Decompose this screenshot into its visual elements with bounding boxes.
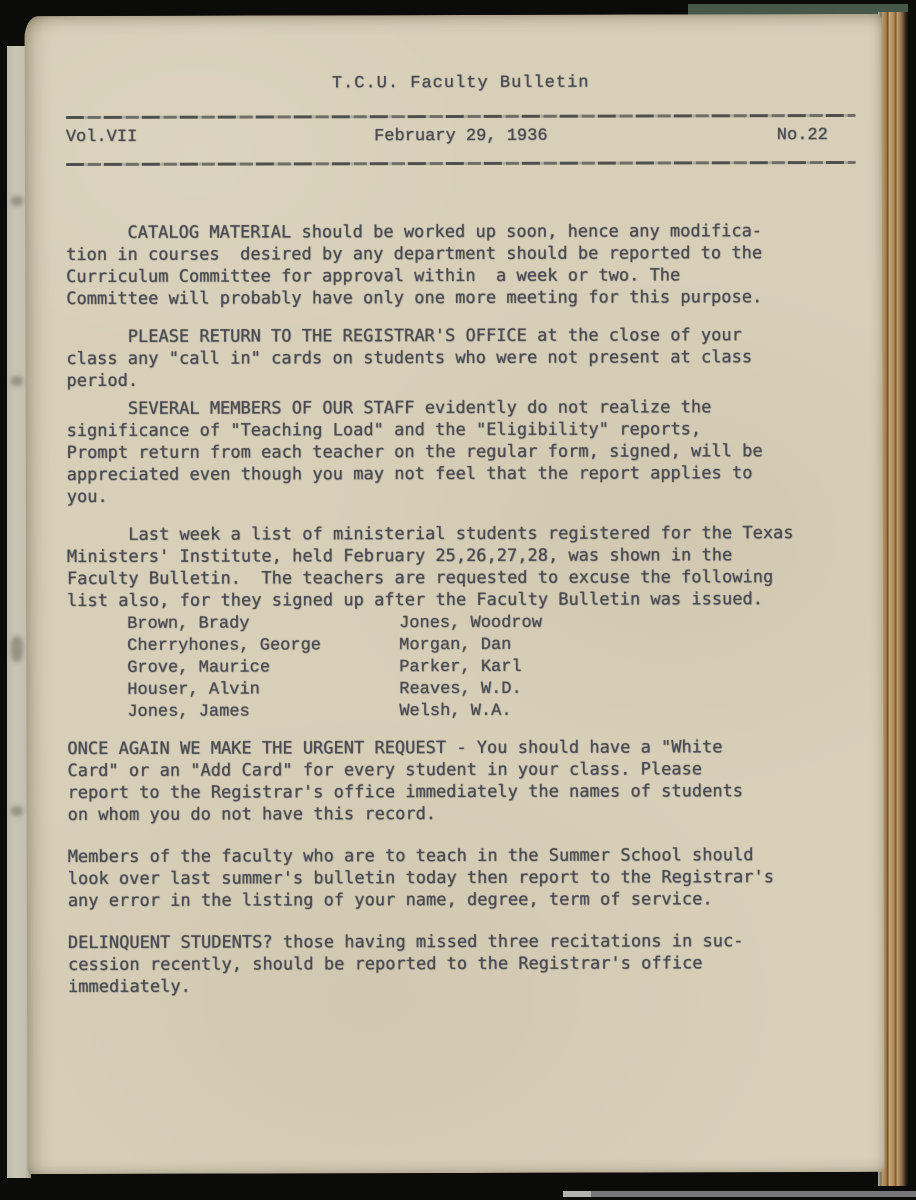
typed-rule-bottom [66,161,856,166]
paragraph-catalog-material: CATALOG MATERIAL should be worked up soo… [66,220,856,310]
student-name: Jones, James [127,701,399,724]
student-name: Houser, Alvin [127,679,399,702]
showthrough-smudge [11,376,23,386]
student-name: Grove, Maurice [127,657,399,680]
excused-student-row: Cherryhones, GeorgeMorgan, Dan [127,634,857,658]
student-name: Reaves, W.D. [399,680,521,699]
excused-student-row: Jones, JamesWelsh, W.A. [127,700,857,724]
page-title: T.C.U. Faculty Bulletin [66,72,856,96]
bulletin-body: CATALOG MATERIAL should be worked up soo… [66,220,858,998]
paragraph-registrar-cards: PLEASE RETURN TO THE REGISTRAR'S OFFICE … [66,324,856,392]
paragraph-staff-reports: SEVERAL MEMBERS OF OUR STAFF evidently d… [66,396,856,508]
paragraph-summer-school: Members of the faculty who are to teach … [68,844,858,912]
student-name: Cherryhones, George [127,635,399,658]
scanner-artifact-bar [563,1191,916,1197]
excused-students-list: Brown, BradyJones, WoodrowCherryhones, G… [127,612,857,724]
paragraph-urgent-request: ONCE AGAIN WE MAKE THE URGENT REQUEST - … [67,736,857,826]
student-name: Welsh, W.A. [399,702,511,721]
showthrough-smudge [11,636,23,662]
showthrough-smudge [11,196,23,206]
paragraph-delinquent-students: DELINQUENT STUDENTS? those having missed… [68,930,858,998]
student-name: Brown, Brady [127,613,399,636]
bulletin-page: T.C.U. Faculty Bulletin Vol.VII February… [24,14,884,1174]
issue-date: February 29, 1936 [66,125,856,149]
excused-student-row: Brown, BradyJones, Woodrow [127,612,857,636]
masthead: Vol.VII February 29, 1936 No.22 [66,125,856,149]
paragraph-ministers-institute: Last week a list of ministerial students… [67,522,857,612]
showthrough-smudge [11,806,23,816]
student-name: Parker, Karl [399,658,521,677]
issue-number: No.22 [777,125,828,147]
typed-rule-top [66,114,856,119]
student-name: Morgan, Dan [399,636,511,655]
excused-student-row: Houser, AlvinReaves, W.D. [127,678,857,702]
scanned-bulletin-page: T.C.U. Faculty Bulletin Vol.VII February… [0,0,916,1200]
student-name: Jones, Woodrow [399,614,542,633]
excused-student-row: Grove, MauriceParker, Karl [127,656,857,680]
